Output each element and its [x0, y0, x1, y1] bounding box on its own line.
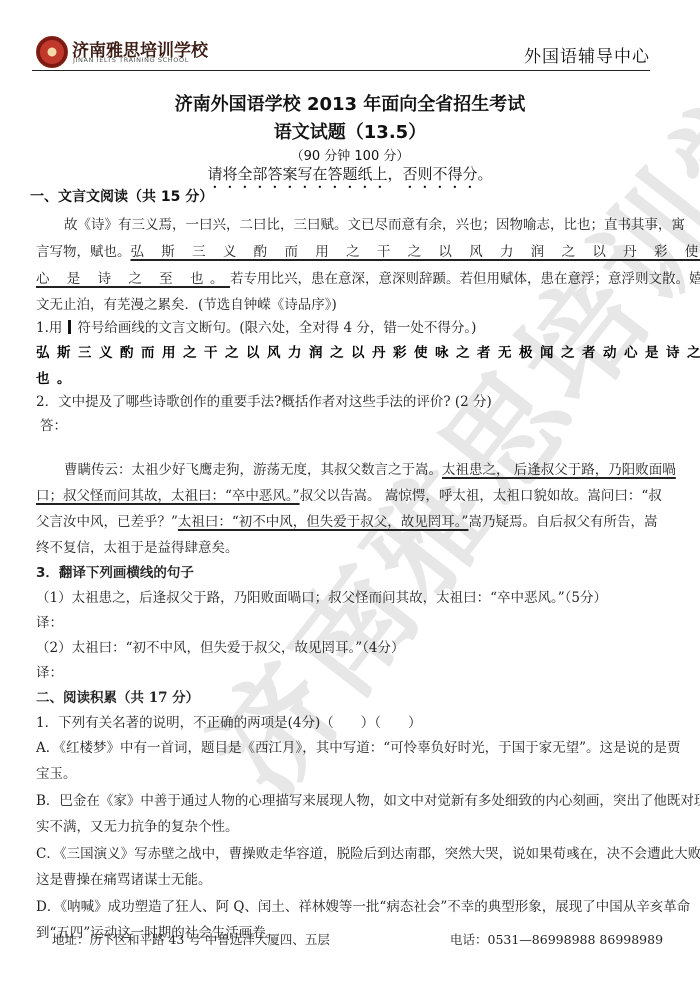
school-logo-icon [36, 36, 68, 68]
passage2-line3-prefix: 父言汝中风，已差乎？” [36, 514, 178, 530]
question1-answer-line1: 弘斯三义酌而用之干之以风力润之以丹彩使咏之者无极闻之者动心是诗之至 [36, 341, 666, 361]
passage2-line4: 终不复信，太祖于是益得肆意矣。 [36, 536, 666, 556]
option-b-line2: 实不满，又无力抗争的复杂个性。 [36, 815, 666, 835]
passage1-line3-rest: 若专用比兴，患在意深，意深则辞踬。若但用赋体，患在意浮；意浮则文散。嬉成流移， [230, 271, 700, 287]
passage2-line2-rest: 叔父以告嵩。 嵩惊愕，呼太祖，太祖口貌如故。嵩问曰：“叔 [300, 488, 662, 504]
exam-title: 济南外国语学校 2013 年面向全省招生考试 [0, 90, 700, 116]
exam-page: 济南雅思培训学校 JINAN IELTS TRAINING SCHOOL 外国语… [0, 0, 700, 989]
question1-text: 符号给画线的文言文断句。(限六处，全对得 4 分，错一处不得分。) [77, 320, 476, 336]
instruction-text: 请将全部答案写在答题纸上，否则不得分。 [207, 165, 492, 183]
passage1-line3: 心 是 诗 之 至 也。若专用比兴，患在意深，意深则辞踬。若但用赋体，患在意浮；… [36, 267, 666, 287]
passage2-line1: 曹瞒传云：太祖少好飞鹰走狗，游荡无度，其叔父数言之于嵩。太祖患之， 后逢叔父于路… [36, 458, 694, 478]
question1-prefix: 1.用 [36, 320, 62, 336]
passage2-line3: 父言汝中风，已差乎？”太祖曰：“初不中风，但失爱于叔父，故见罔耳。”嵩乃疑焉。自… [36, 510, 666, 530]
slash-mark-icon [68, 320, 71, 334]
option-c-line2: 这是曹操在痛骂诸谋士无能。 [36, 868, 666, 888]
exam-subtitle: 语文试题（13.5） [0, 118, 700, 144]
passage2-underlined-a: 太祖患之， 后逢叔父于路，乃阳败面喎 [442, 462, 676, 478]
passage1-line2-prefix: 言写物，赋也。 [36, 244, 131, 260]
question3-item2-answer-label: 译： [36, 661, 666, 681]
passage1-line1: 故《诗》有三义焉，一曰兴，二曰比，三曰赋。文已尽而意有余，兴也；因物喻志，比也；… [36, 213, 694, 233]
question3-heading: 3．翻译下列画横线的句子 [36, 561, 666, 581]
question2: 2．文中提及了哪些诗歌创作的重要手法?概括作者对这些手法的评价? (2 分) [36, 390, 666, 410]
option-a-line1: A．《红楼梦》中有一首词，题目是《西江月》，其中写道：“可怜辜负好时光，于国于家… [36, 736, 666, 756]
passage1-line2: 言写物，赋也。弘 斯 三 义 酌 而 用 之 干 之 以 风 力 润 之 以 丹… [36, 240, 666, 260]
section2-heading: 二、阅读积累（共 17 分） [36, 686, 666, 706]
passage1-underlined-a: 弘 斯 三 义 酌 而 用 之 干 之 以 风 力 润 之 以 丹 彩 使 咏 … [131, 244, 700, 260]
option-d-line1: D．《呐喊》成功塑造了狂人、阿 Q、闰土、祥林嫂等一批“病态社会”不幸的典型形象… [36, 895, 666, 915]
option-a-line2: 宝玉。 [36, 762, 666, 782]
section1-heading: 一、文言文阅读（共 15 分） [30, 186, 660, 206]
question2-answer-label: 答： [40, 414, 670, 434]
question1-answer-line2: 也。 [36, 367, 666, 387]
footer-phone: 电话：0531—86998988 86998989 [450, 930, 663, 948]
passage2-line2: 口；叔父怪而问其故，太祖曰：“卒中恶风。”叔父以告嵩。 嵩惊愕，呼太祖，太祖口貌… [36, 484, 666, 504]
passage2-underlined-c: 太祖曰：“初不中风，但失爱于叔父，故见罔耳。” [178, 514, 469, 530]
exam-time-score: （90 分钟 100 分） [0, 145, 700, 164]
question3-item1-answer-label: 译： [36, 611, 666, 631]
question3-item2: （2）太祖曰：“初不中风，但失爱于叔父，故见罔耳。”（4分） [36, 636, 666, 656]
header-center-label: 外国语辅导中心 [524, 42, 650, 67]
passage2-line1-prefix: 曹瞒传云：太祖少好飞鹰走狗，游荡无度，其叔父数言之于嵩。 [64, 462, 442, 478]
page-header: 济南雅思培训学校 JINAN IELTS TRAINING SCHOOL 外国语… [32, 36, 650, 71]
passage1-line4: 文无止泊，有芜漫之累矣．(节选自钟嵘《诗品序》) [36, 293, 666, 313]
footer-address: 地址：历下区和平路 43 号 中鲁远洋大厦四、五层 [52, 930, 330, 948]
option-b-line1: B．巴金在《家》中善于通过人物的心理描写来展现人物，如文中对觉新有多处细致的内心… [36, 789, 666, 809]
passage2-line3-rest: 嵩乃疑焉。自后叔父有所告，嵩 [468, 514, 657, 530]
logo-english-name: JINAN IELTS TRAINING SCHOOL [73, 56, 189, 64]
question3-item1: （1）太祖患之，后逢叔父于路，乃阳败面喎口；叔父怪而问其故，太祖曰：“卒中恶风。… [36, 586, 666, 606]
passage1-underlined-b: 心 是 诗 之 至 也。 [36, 271, 230, 287]
passage2-underlined-b: 口；叔父怪而问其故，太祖曰：“卒中恶风。” [36, 488, 300, 504]
option-c-line1: C．《三国演义》写赤壁之战中，曹操败走华容道，脱险后到达南郡，突然大哭，说如果荀… [36, 842, 666, 862]
section2-question1: 1．下列有关名著的说明，不正确的两项是(4分)（ ）（ ） [36, 711, 666, 731]
question1: 1.用符号给画线的文言文断句。(限六处，全对得 4 分，错一处不得分。) [36, 316, 666, 336]
